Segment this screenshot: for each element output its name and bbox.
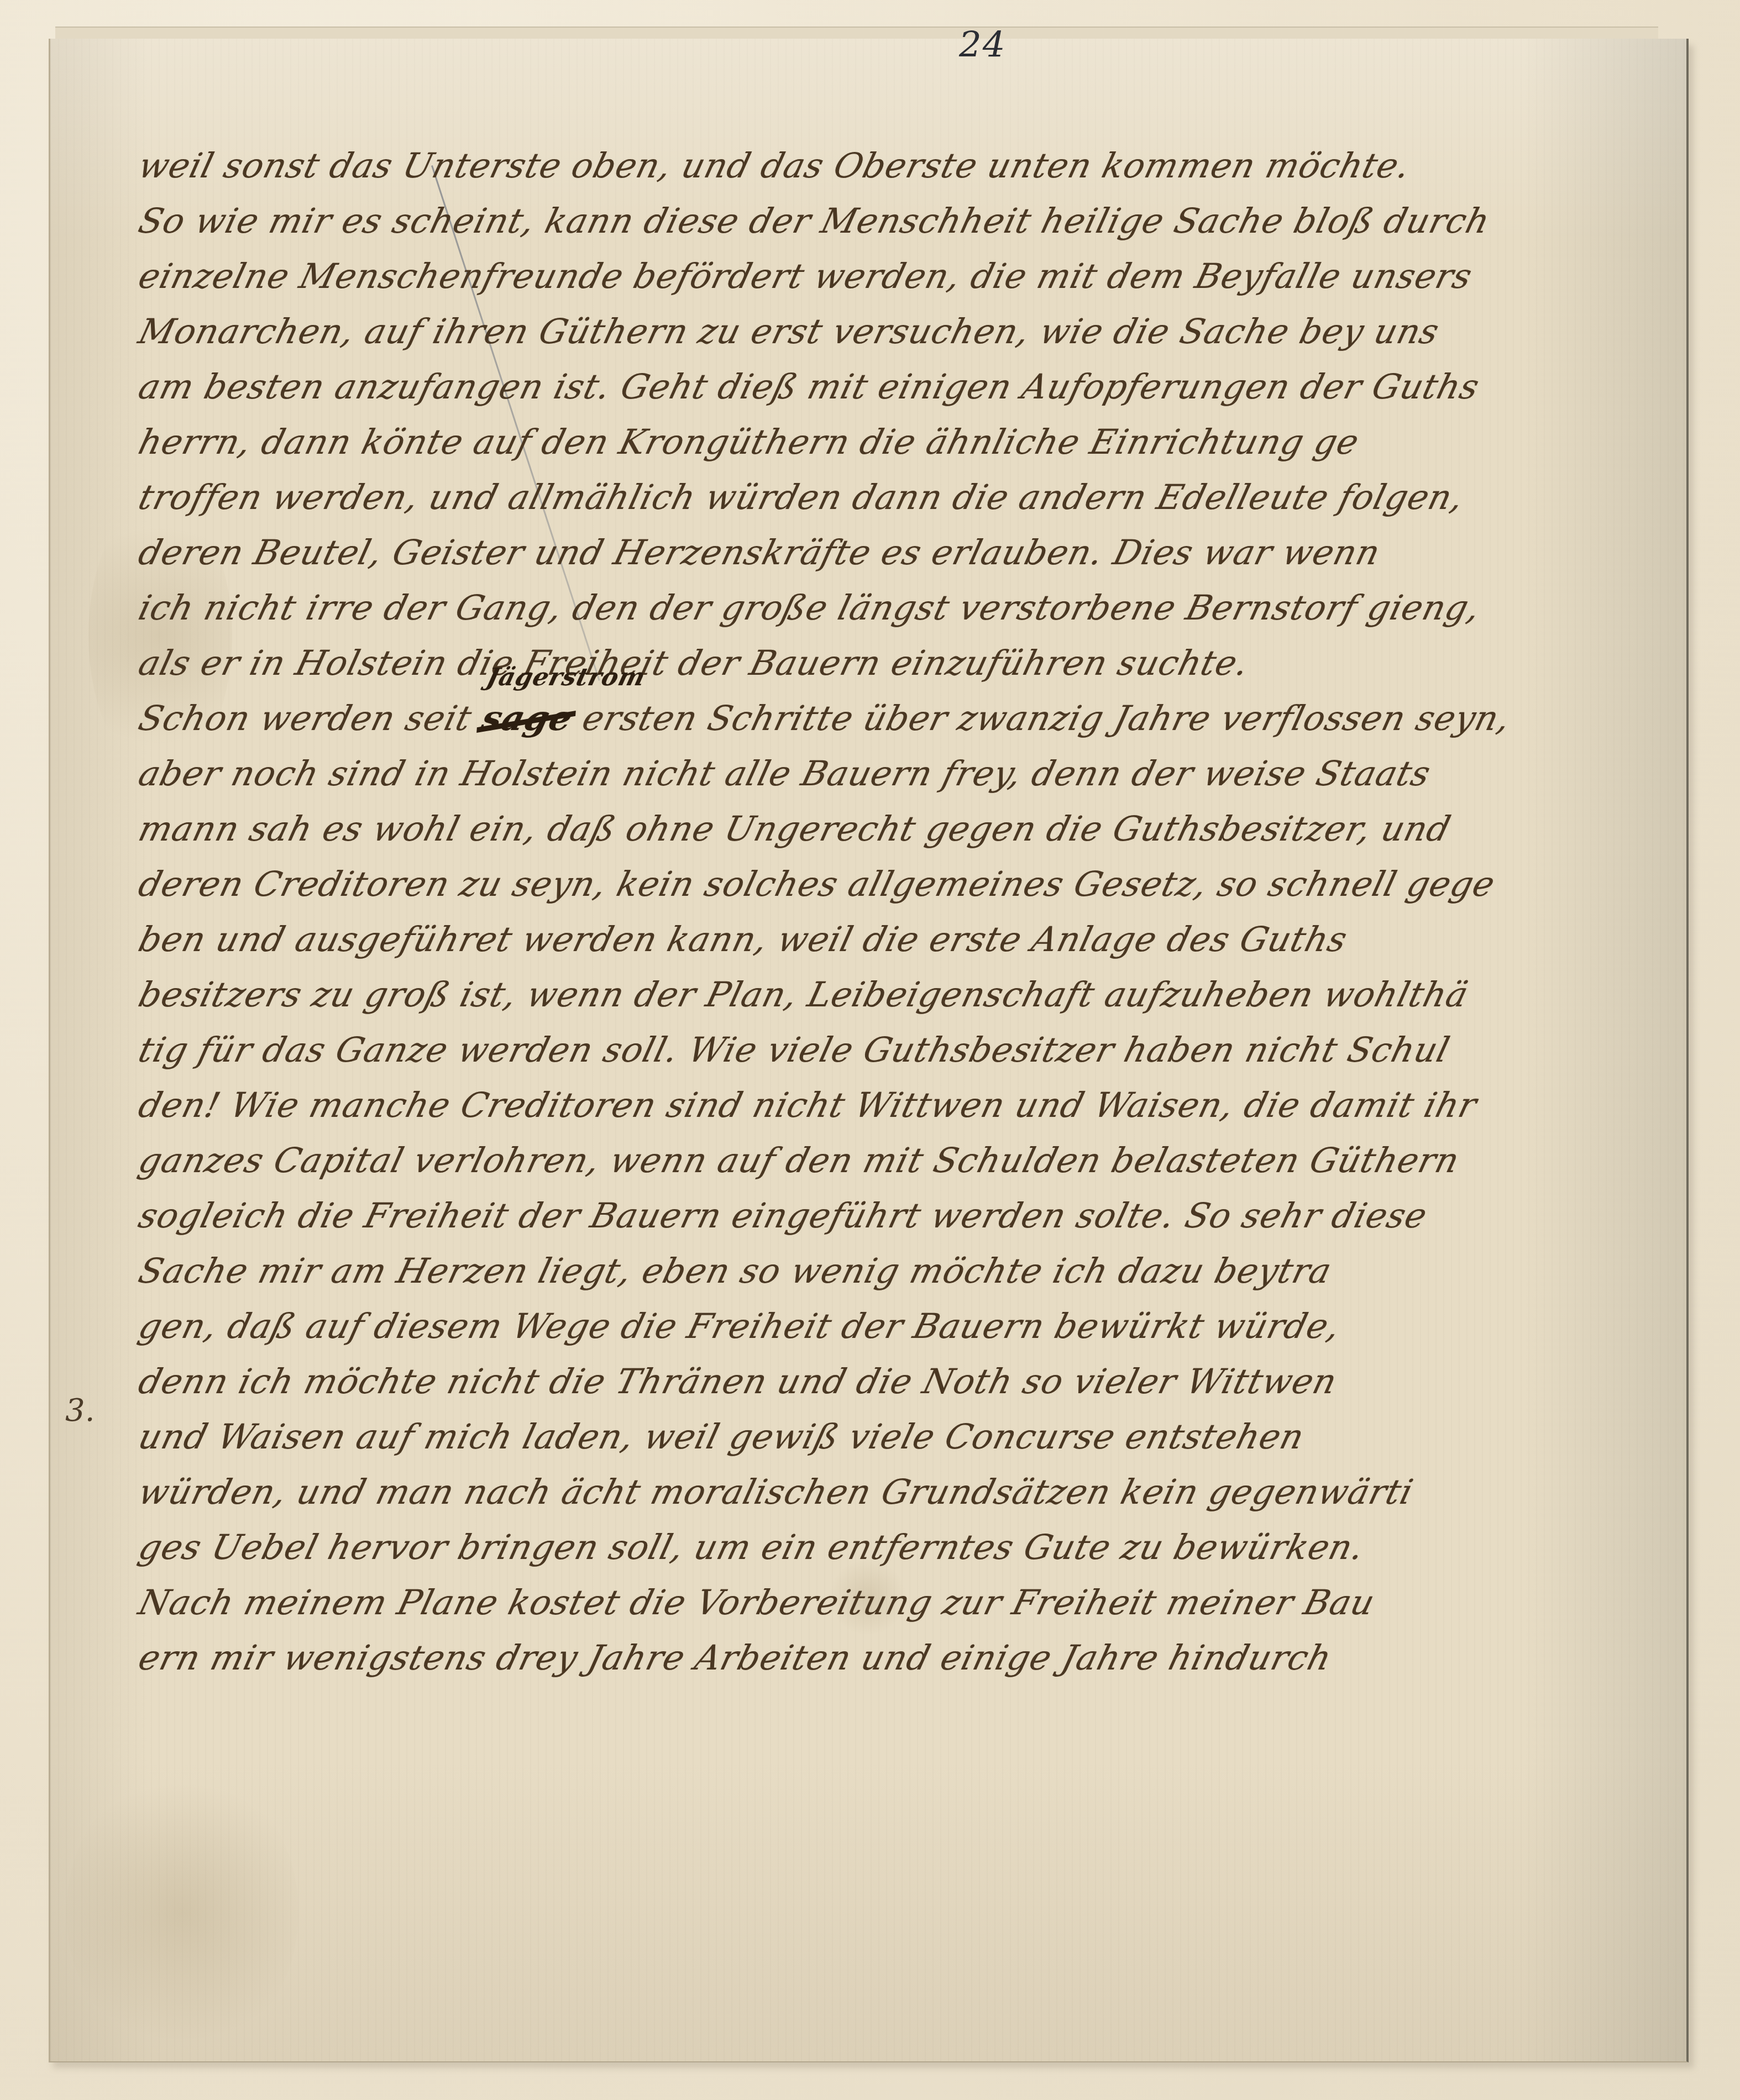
text-line: ganzes Capital verlohren, wenn auf den m… xyxy=(133,1133,1672,1188)
text-line: als er in Holstein die Freiheit der Baue… xyxy=(133,636,1672,691)
text-line: ern mir wenigstens drey Jahre Arbeiten u… xyxy=(133,1630,1672,1686)
text-line: am besten anzufangen ist. Geht dieß mit … xyxy=(133,359,1672,414)
manuscript-text: weil sonst das Unterste oben, und das Ob… xyxy=(133,138,1658,1686)
text-line: ich nicht irre der Gang, den der große l… xyxy=(133,580,1672,636)
text-line: Sache mir am Herzen liegt, eben so wenig… xyxy=(133,1243,1672,1299)
text-line: Nach meinem Plane kostet die Vorbereitun… xyxy=(133,1575,1672,1630)
text-line: troffen werden, und allmählich würden da… xyxy=(133,470,1672,525)
struck-word: sage xyxy=(478,698,577,738)
text-line: So wie mir es scheint, kann diese der Me… xyxy=(133,193,1672,249)
paper-stain xyxy=(66,1768,298,2056)
text-line: den! Wie manche Creditoren sind nicht Wi… xyxy=(133,1078,1672,1133)
text-line: gen, daß auf diesem Wege die Freiheit de… xyxy=(133,1299,1672,1354)
text-line: ben und ausgeführet werden kann, weil di… xyxy=(133,912,1672,967)
correction: Jägerstromsage xyxy=(475,691,579,746)
text-segment: ersten Schritte über zwanzig Jahre verfl… xyxy=(567,698,1515,738)
text-line: deren Beutel, Geister und Herzenskräfte … xyxy=(133,525,1672,580)
inserted-word: Jägerstrom xyxy=(480,650,652,705)
text-line: sogleich die Freiheit der Bauern eingefü… xyxy=(133,1188,1672,1243)
text-line: mann sah es wohl ein, daß ohne Ungerecht… xyxy=(133,801,1672,857)
text-line: aber noch sind in Holstein nicht alle Ba… xyxy=(133,746,1672,801)
text-line: besitzers zu groß ist, wenn der Plan, Le… xyxy=(133,967,1672,1022)
text-line: einzelne Menschenfreunde befördert werde… xyxy=(133,249,1672,304)
text-line: tig für das Ganze werden soll. Wie viele… xyxy=(133,1022,1672,1078)
text-segment: Schon werden seit xyxy=(134,698,488,738)
folio-number: 24 xyxy=(959,25,1006,66)
text-line: ges Uebel hervor bringen soll, um ein en… xyxy=(133,1520,1672,1575)
text-line: herrn, dann könte auf den Krongüthern di… xyxy=(133,414,1672,470)
text-line: deren Creditoren zu seyn, kein solches a… xyxy=(133,857,1672,912)
text-line: würden, und man nach ächt moralischen Gr… xyxy=(133,1464,1672,1520)
margin-note: 3. xyxy=(65,1393,95,1429)
text-line: Monarchen, auf ihren Güthern zu erst ver… xyxy=(133,304,1672,359)
text-line-with-correction: Schon werden seit Jägerstromsage ersten … xyxy=(133,691,1672,746)
text-line: und Waisen auf mich laden, weil gewiß vi… xyxy=(133,1409,1672,1464)
text-line: denn ich möchte nicht die Thränen und di… xyxy=(133,1354,1672,1409)
text-line: weil sonst das Unterste oben, und das Ob… xyxy=(133,138,1672,193)
